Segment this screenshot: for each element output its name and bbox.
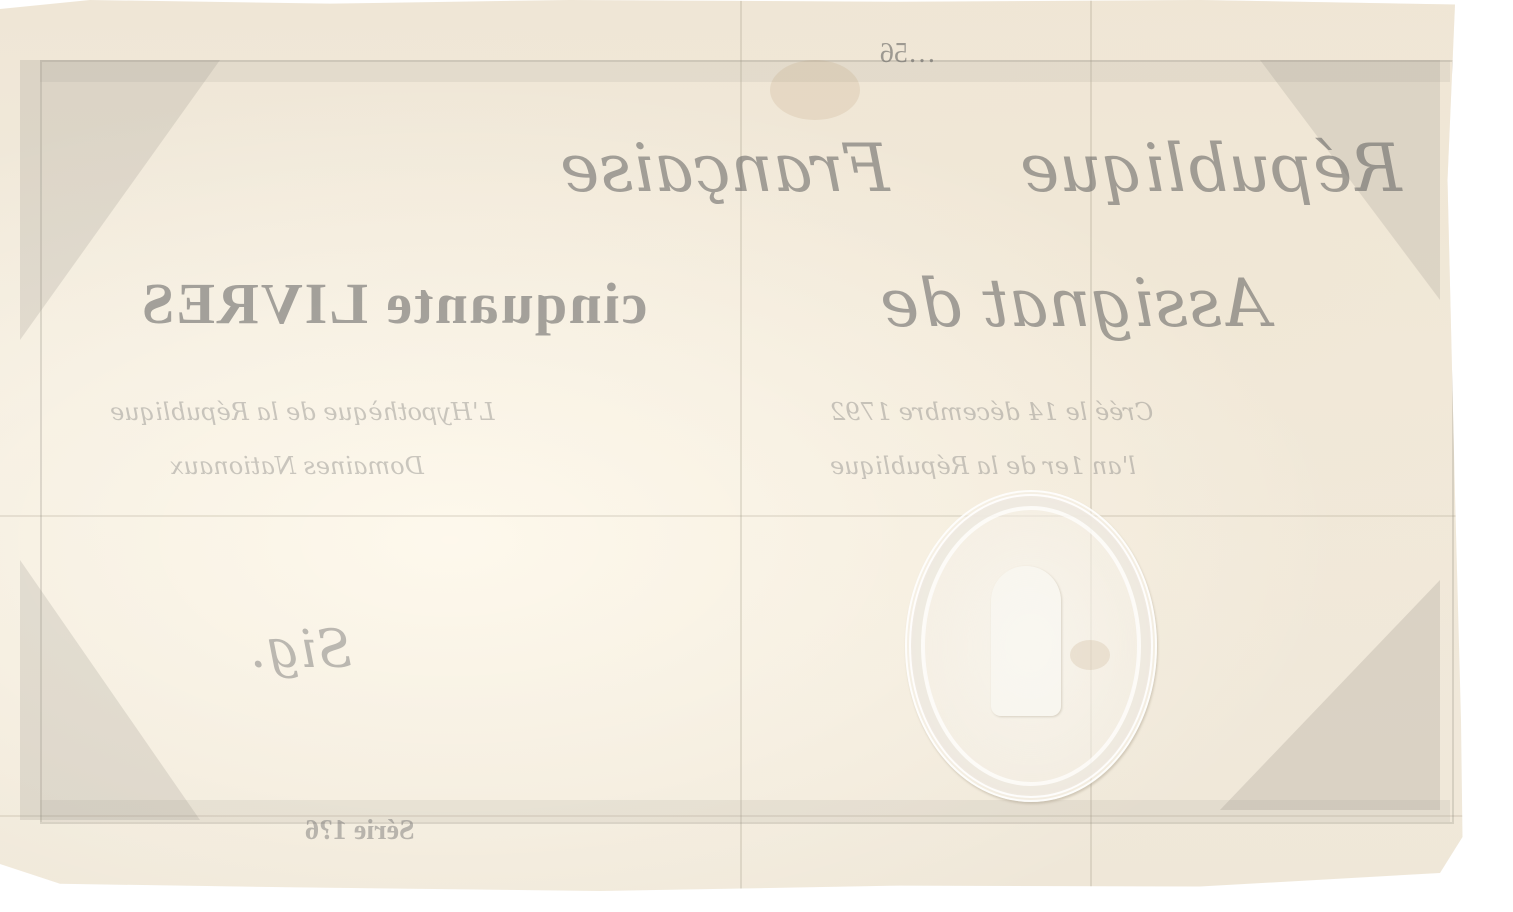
serial-number: …56 — [880, 38, 936, 70]
top-border-band — [40, 60, 1450, 82]
header-republique: République — [1020, 130, 1402, 207]
paper-stain — [1070, 640, 1110, 670]
banknote-paper: …56 Française République cinquante LIVRE… — [0, 0, 1500, 900]
denomination-assignat-de: Assignat de — [880, 265, 1269, 342]
legend-line-3: Domaines Nationaux — [170, 452, 424, 480]
legend-line-2: Créé le 14 décembre 1792 — [830, 398, 1153, 426]
serie-label: Série 1?6 — [305, 815, 415, 847]
legend-line-4: l'an 1er de la République — [830, 452, 1136, 480]
corner-ornament-bottom-right — [1220, 580, 1440, 810]
signature: Sig. — [250, 620, 352, 680]
header-francaise: Française — [560, 130, 890, 207]
seal-figure-icon — [991, 566, 1061, 716]
corner-ornament-bottom-left — [20, 560, 200, 820]
paper-stain — [770, 60, 860, 120]
embossed-seal — [905, 490, 1157, 802]
legend-line-1: L'Hypothèque de la République — [110, 398, 494, 426]
denomination-cinquante-livres: cinquante LIVRES — [140, 270, 647, 337]
